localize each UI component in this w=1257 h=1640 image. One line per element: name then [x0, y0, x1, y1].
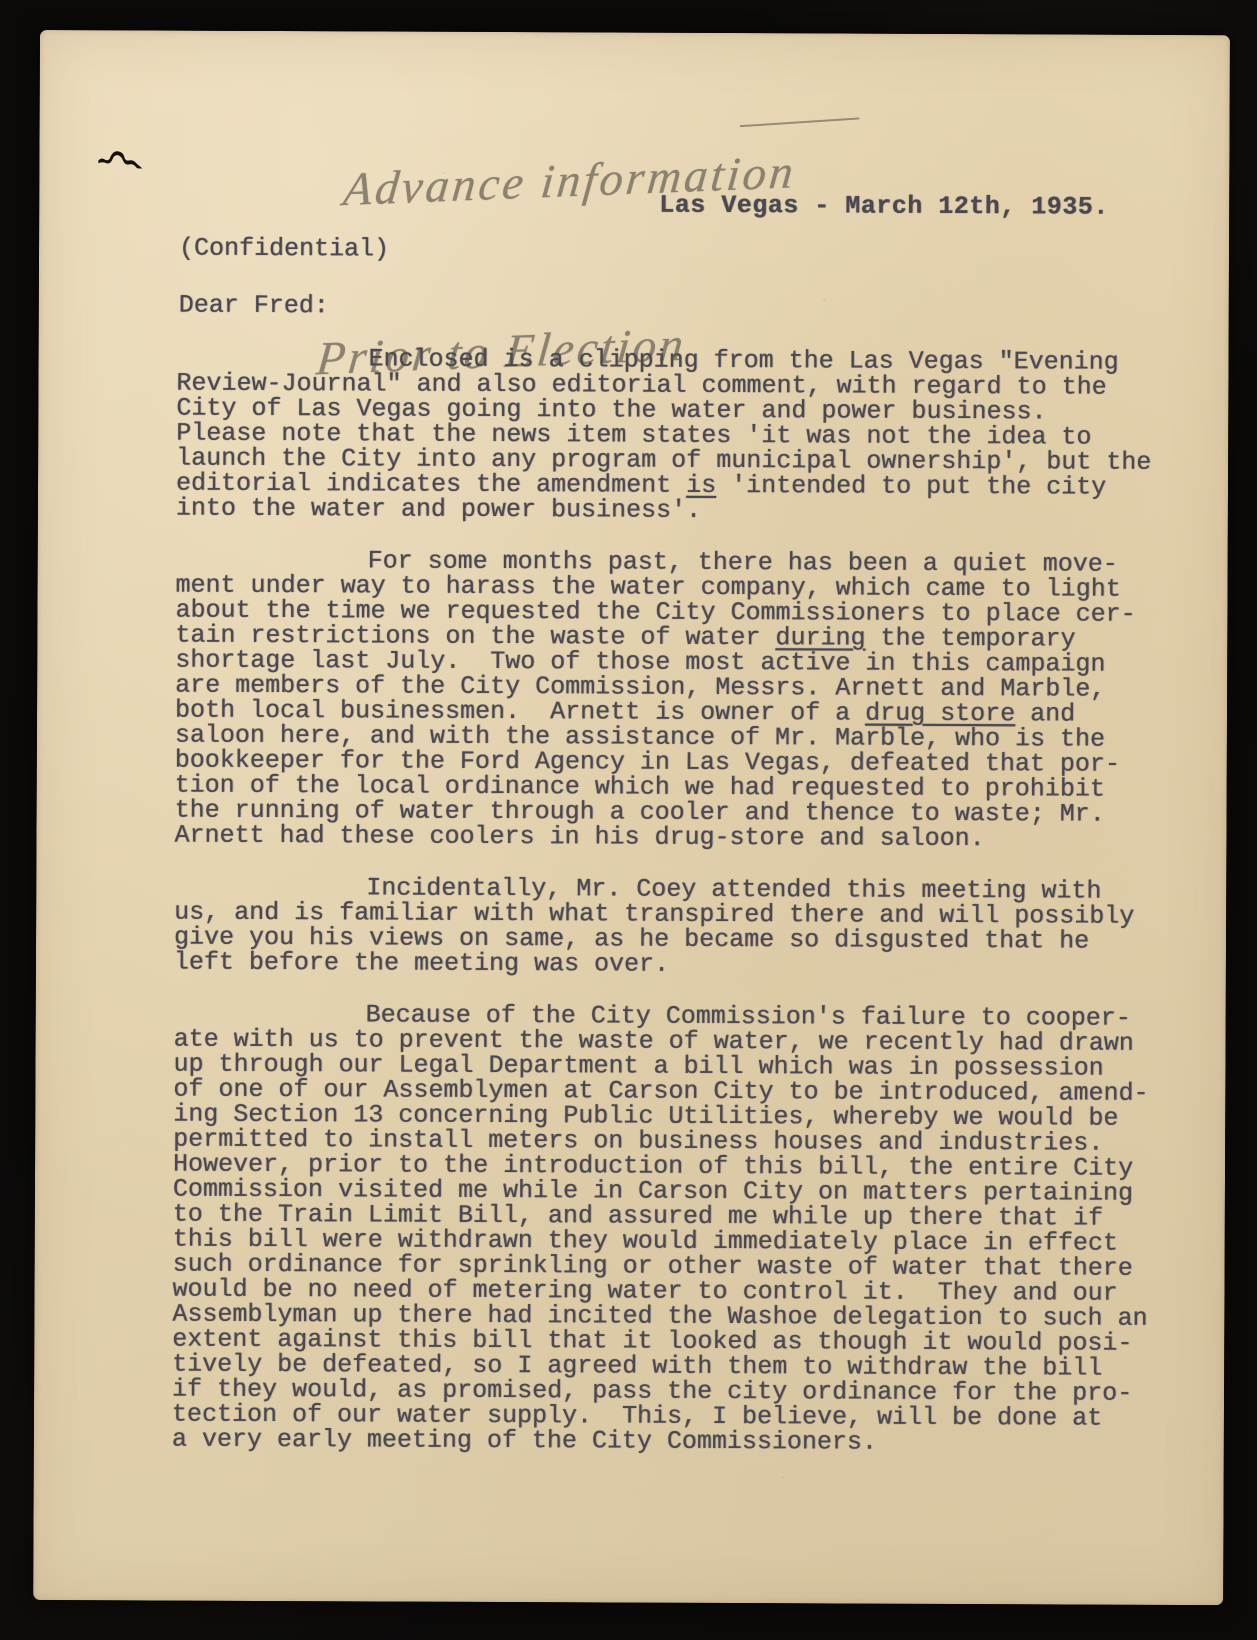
paragraph: Enclosed is a clipping from the Las Vega… [176, 346, 1187, 525]
paragraph: Incidentally, Mr. Coey attended this mee… [174, 875, 1184, 979]
scanned-letter: Advance information Prior to Election La… [0, 0, 1257, 1640]
letter-page: Advance information Prior to Election La… [33, 30, 1230, 1605]
paragraph: For some months past, there has been a q… [174, 548, 1185, 852]
paragraph: Because of the City Commission's failure… [172, 1002, 1184, 1456]
paper-hole-mark [94, 138, 150, 168]
dateline: Las Vegas - March 12th, 1935. [659, 193, 1109, 220]
salutation: Dear Fred: [179, 293, 329, 319]
confidential-label: (Confidential) [179, 236, 389, 262]
letter-body: Enclosed is a clipping from the Las Vega… [172, 346, 1187, 1483]
